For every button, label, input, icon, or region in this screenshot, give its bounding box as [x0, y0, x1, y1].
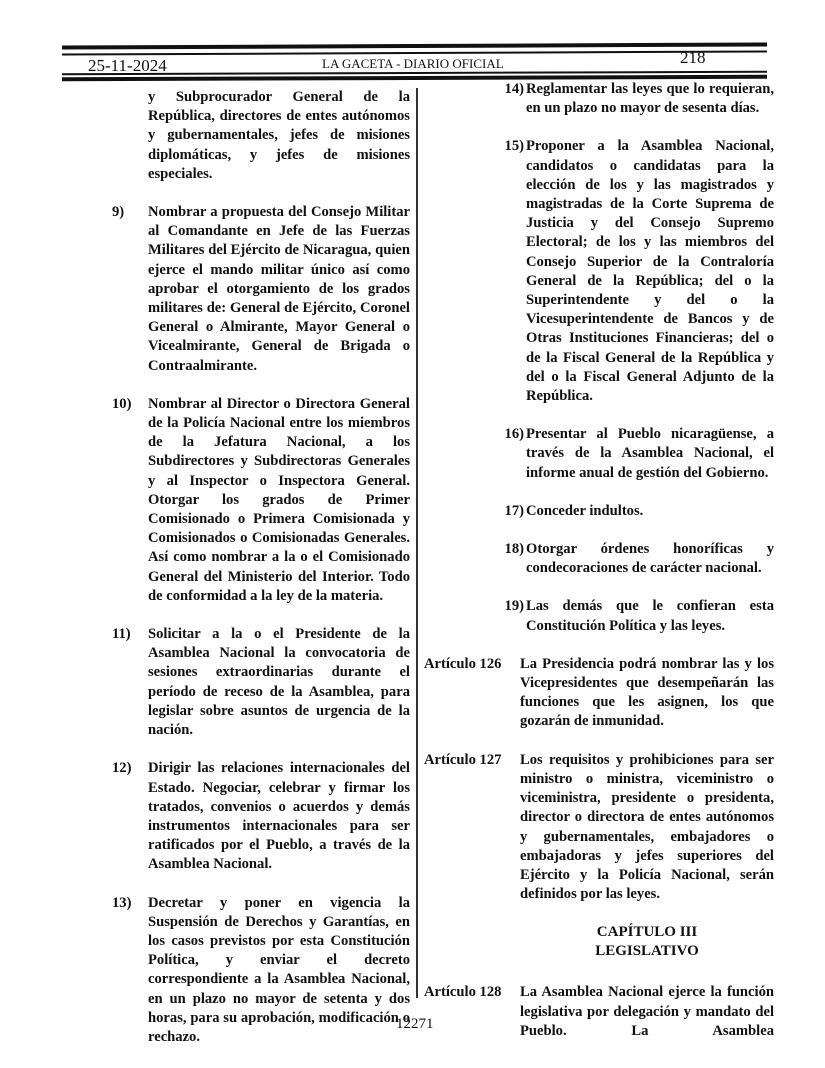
- article-label: Artículo 127: [424, 751, 520, 905]
- item-text: Conceder indultos.: [526, 502, 774, 521]
- item-text: Dirigir las relaciones internacionales d…: [148, 759, 410, 874]
- item-text: Reglamentar las leyes que lo requieran, …: [526, 80, 774, 118]
- list-item-13: 13) Decretar y poner en vigencia la Susp…: [112, 894, 410, 1048]
- header-issue-number: 218: [680, 48, 706, 68]
- footer-page-number: 12271: [396, 1016, 434, 1033]
- article-text: La Presidencia podrá nombrar las y los V…: [520, 655, 774, 732]
- article-128: Artículo 128 La Asamblea Nacional ejerce…: [424, 983, 774, 1041]
- item-number: 14): [424, 80, 526, 118]
- list-item-17: 17) Conceder indultos.: [424, 502, 774, 521]
- article-text: La Asamblea Nacional ejerce la función l…: [520, 983, 774, 1041]
- list-item-18: 18) Otorgar órdenes honoríficas y condec…: [424, 540, 774, 578]
- chapter-name: LEGISLATIVO: [520, 942, 774, 961]
- item-text: Presentar al Pueblo nicaragüense, a trav…: [526, 425, 774, 483]
- item-text: Decretar y poner en vigencia la Suspensi…: [148, 894, 410, 1048]
- header-rule-top-thin: [62, 50, 767, 55]
- list-item-16: 16) Presentar al Pueblo nicaragüense, a …: [424, 425, 774, 483]
- list-item-10: 10) Nombrar al Director o Directora Gene…: [112, 395, 410, 606]
- item-number: 18): [424, 540, 526, 578]
- list-item-15: 15) Proponer a la Asamblea Nacional, can…: [424, 137, 774, 406]
- list-item-continuation: y Subprocurador General de la República,…: [112, 88, 410, 184]
- right-column: 14) Reglamentar las leyes que lo requier…: [424, 80, 774, 1060]
- item-number: 17): [424, 502, 526, 521]
- list-item-19: 19) Las demás que le confieran esta Cons…: [424, 597, 774, 635]
- item-number: 9): [112, 203, 148, 376]
- list-item-11: 11) Solicitar a la o el Presidente de la…: [112, 625, 410, 740]
- item-text: Nombrar al Director o Directora General …: [148, 395, 410, 606]
- header-rule-top-thick: [62, 42, 767, 49]
- item-text: Otorgar órdenes honoríficas y condecorac…: [526, 540, 774, 578]
- item-number: 11): [112, 625, 148, 740]
- item-number: 12): [112, 759, 148, 874]
- list-item-9: 9) Nombrar a propuesta del Consejo Milit…: [112, 203, 410, 376]
- list-item-12: 12) Dirigir las relaciones internacional…: [112, 759, 410, 874]
- header-date: 25-11-2024: [88, 56, 167, 76]
- item-number: 15): [424, 137, 526, 406]
- left-column: y Subprocurador General de la República,…: [112, 88, 410, 1066]
- item-text: Proponer a la Asamblea Nacional, candida…: [526, 137, 774, 406]
- article-126: Artículo 126 La Presidencia podrá nombra…: [424, 655, 774, 732]
- article-127: Artículo 127 Los requisitos y prohibicio…: [424, 751, 774, 905]
- article-label: Artículo 126: [424, 655, 520, 732]
- column-divider: [416, 88, 418, 998]
- item-text: Solicitar a la o el Presidente de la Asa…: [148, 625, 410, 740]
- item-text: y Subprocurador General de la República,…: [112, 88, 410, 184]
- item-text: Nombrar a propuesta del Consejo Militar …: [148, 203, 410, 376]
- chapter-number: CAPÍTULO III: [520, 923, 774, 942]
- item-number: 13): [112, 894, 148, 1048]
- article-text: Los requisitos y prohibiciones para ser …: [520, 751, 774, 905]
- item-number: 10): [112, 395, 148, 606]
- item-text: Las demás que le confieran esta Constitu…: [526, 597, 774, 635]
- list-item-14: 14) Reglamentar las leyes que lo requier…: [424, 80, 774, 118]
- item-number: 19): [424, 597, 526, 635]
- chapter-heading: CAPÍTULO III LEGISLATIVO: [520, 923, 774, 961]
- item-number: 16): [424, 425, 526, 483]
- header-title: LA GACETA - DIARIO OFICIAL: [322, 56, 504, 72]
- article-label: Artículo 128: [424, 983, 520, 1041]
